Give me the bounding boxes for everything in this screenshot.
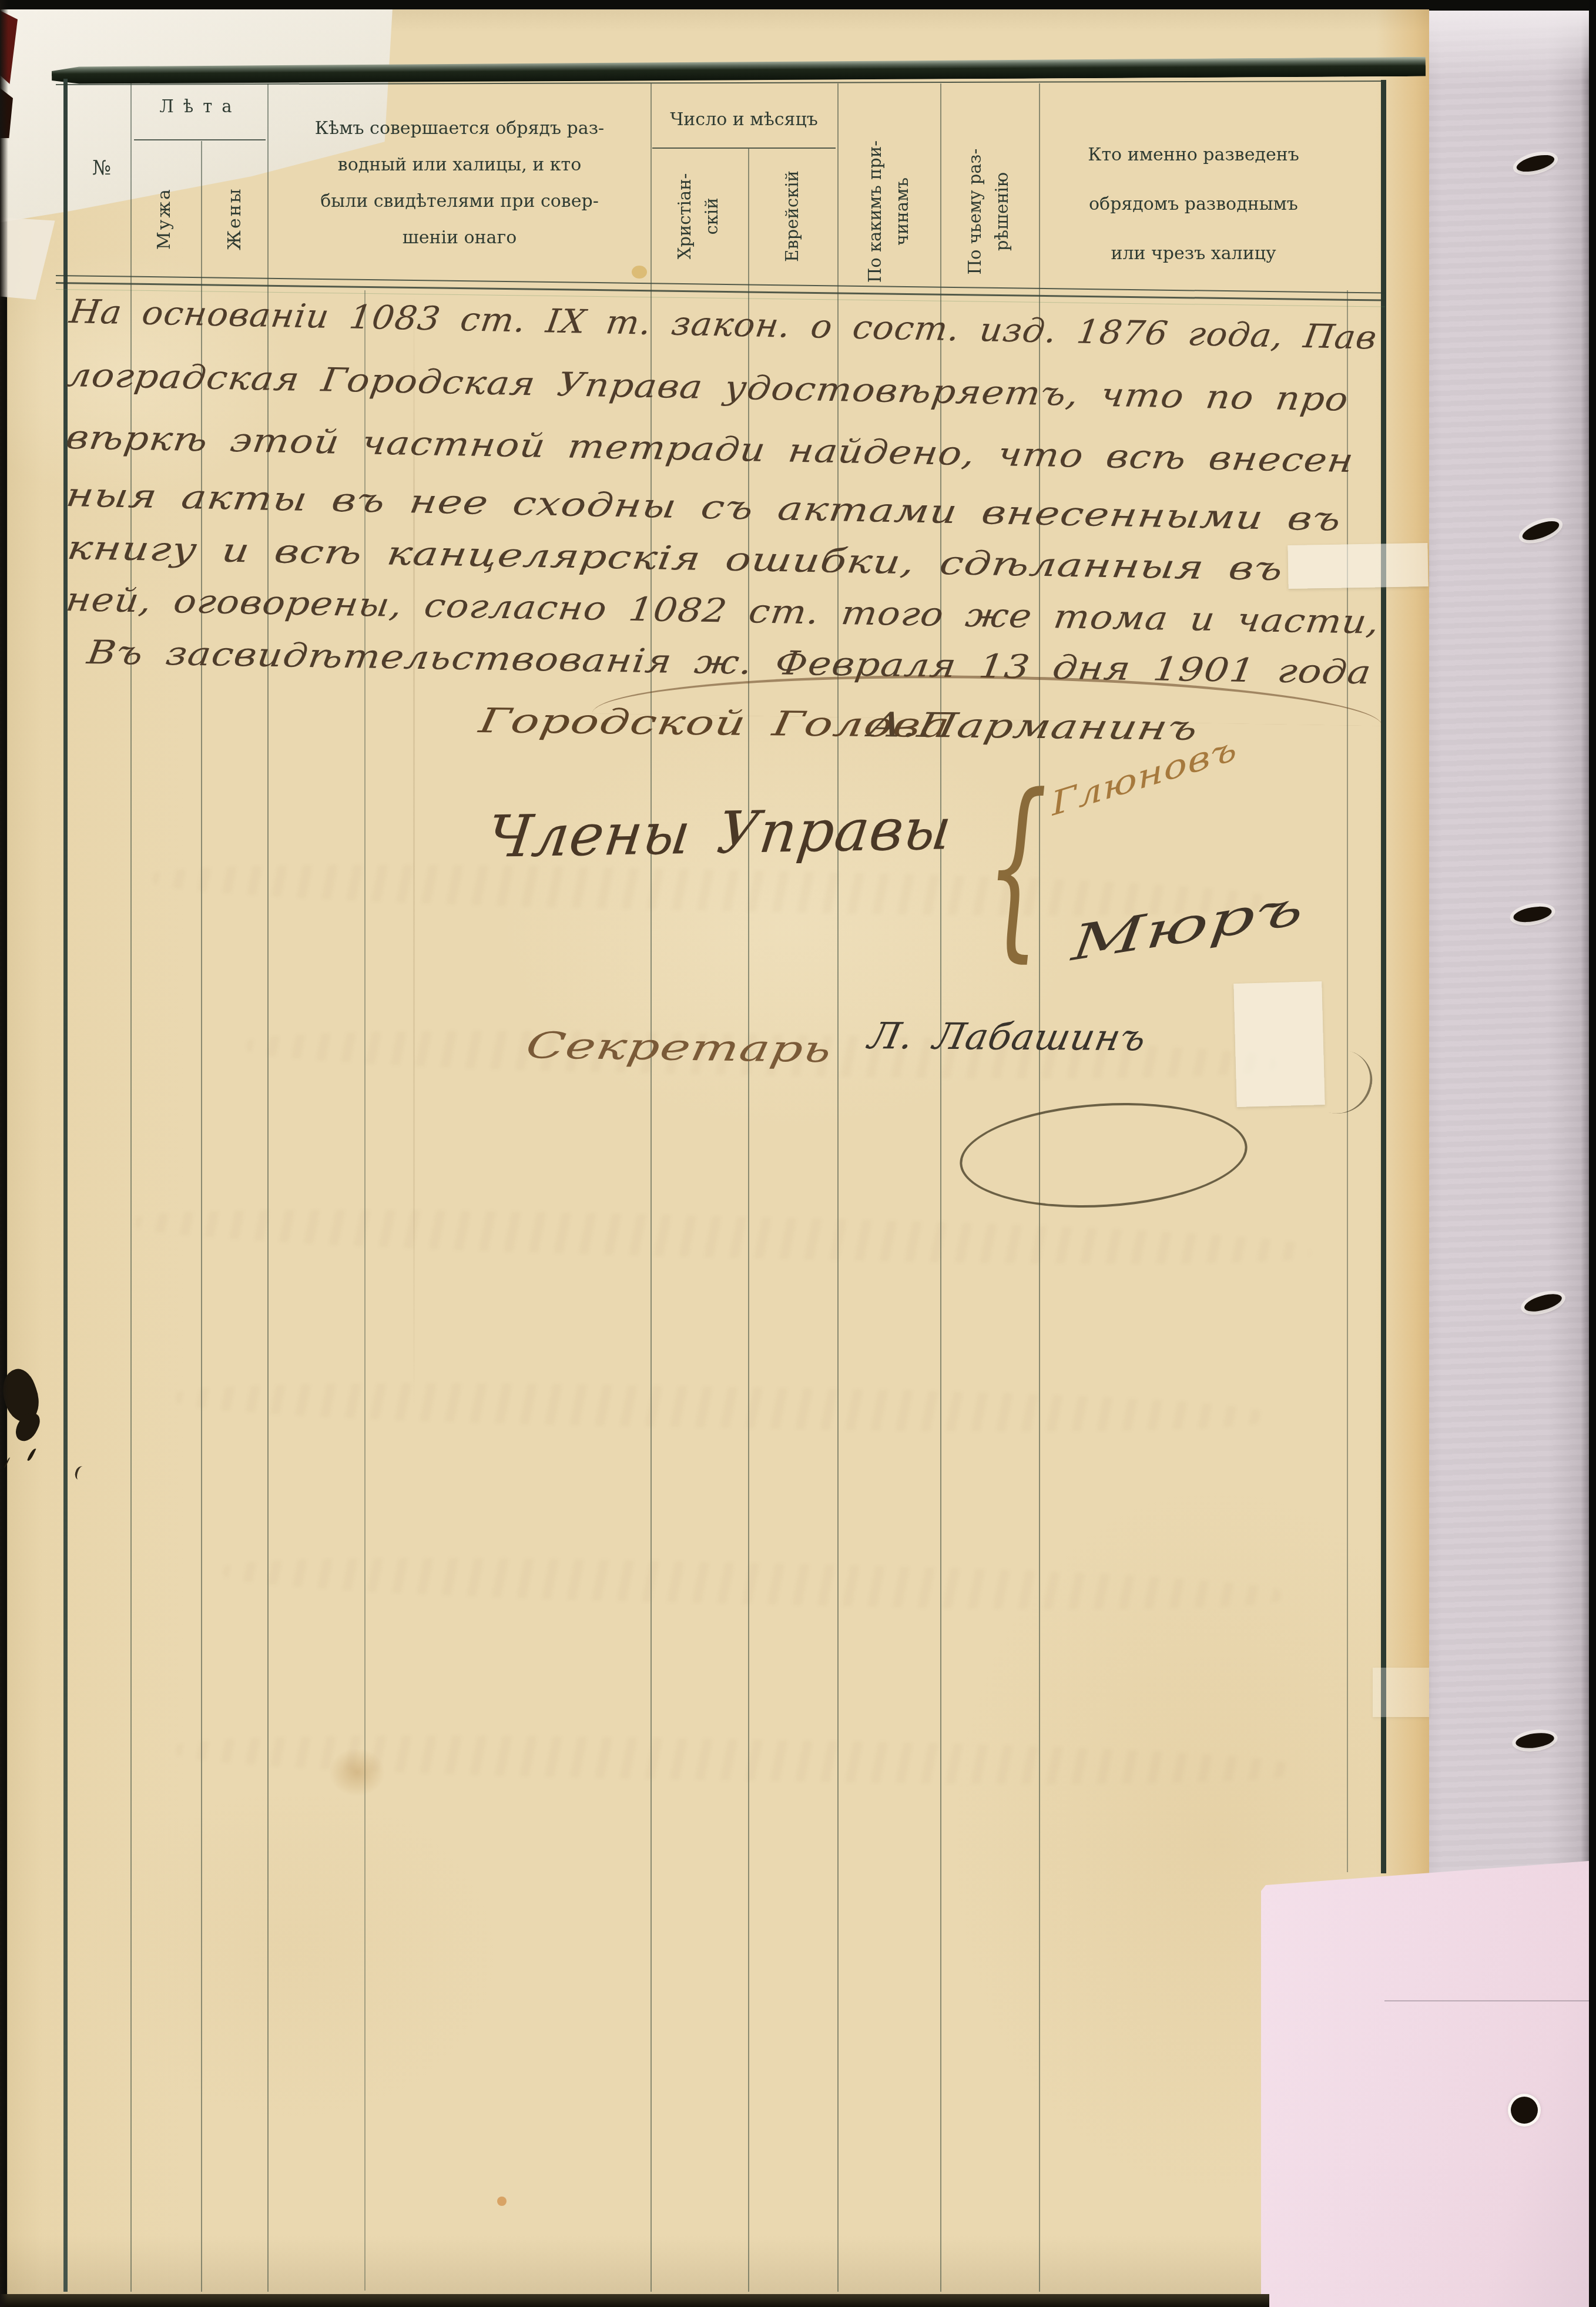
scan-edge-left [0, 0, 8, 2307]
tape-strip [1233, 981, 1325, 1107]
colline-no [130, 83, 132, 2292]
colline-prichina-razreshenie [940, 83, 941, 2292]
column-header-zheny: Жены [222, 187, 249, 250]
small-stain [632, 266, 647, 279]
tape-strip [1287, 543, 1428, 589]
column-header-evreyskiy: Еврейскій [779, 170, 806, 262]
tape-strip [1373, 1668, 1429, 1717]
table-right-border [1381, 80, 1386, 1873]
colline-kem-chislo [651, 83, 652, 2292]
column-header-chislo: Число и мѣсяцъ [651, 109, 837, 130]
signature-golova-line: Городской Голова А.Парманинъ [479, 700, 1122, 747]
colline-chislo-prichina [837, 83, 839, 2292]
pink-sheet-seam [1384, 2000, 1596, 2001]
leta-sub-rule [134, 139, 266, 140]
table-left-border [63, 79, 68, 2292]
column-header-prichinam: По какимъ при-чинамъ [861, 140, 916, 283]
chislo-sub-rule [652, 147, 836, 149]
punch-hole [1511, 2097, 1538, 2124]
column-header-leta: Лѣта [135, 96, 266, 116]
column-header-kto: Кто именно разведенъобрядомъ разводнымъи… [1040, 130, 1347, 279]
column-header-razresheniyu: По чьему раз-рѣшенію [961, 149, 1015, 274]
scan-edge-right [1589, 0, 1596, 2307]
paper-crease [413, 294, 415, 1410]
scan-edge-bottom [0, 2294, 1269, 2307]
signature-chleny-upravy: Члены Управы [486, 796, 951, 871]
divorce-register-scan: № Лѣта Мужа Жены Кѣмъ совершается обрядъ… [0, 0, 1596, 2307]
scan-edge-top [0, 0, 1596, 9]
stain [329, 1748, 385, 1796]
column-header-muzha: Мужа [151, 187, 178, 250]
column-header-christian: Христіан-скій [671, 173, 725, 260]
pink-backing-sheet [1261, 1860, 1596, 2307]
colline-zheny-kem [267, 83, 269, 2292]
column-header-no: № [75, 156, 128, 180]
column-header-kem: Кѣмъ совершается обрядъ раз-водный или х… [269, 110, 650, 256]
rust-spot [497, 2197, 507, 2206]
